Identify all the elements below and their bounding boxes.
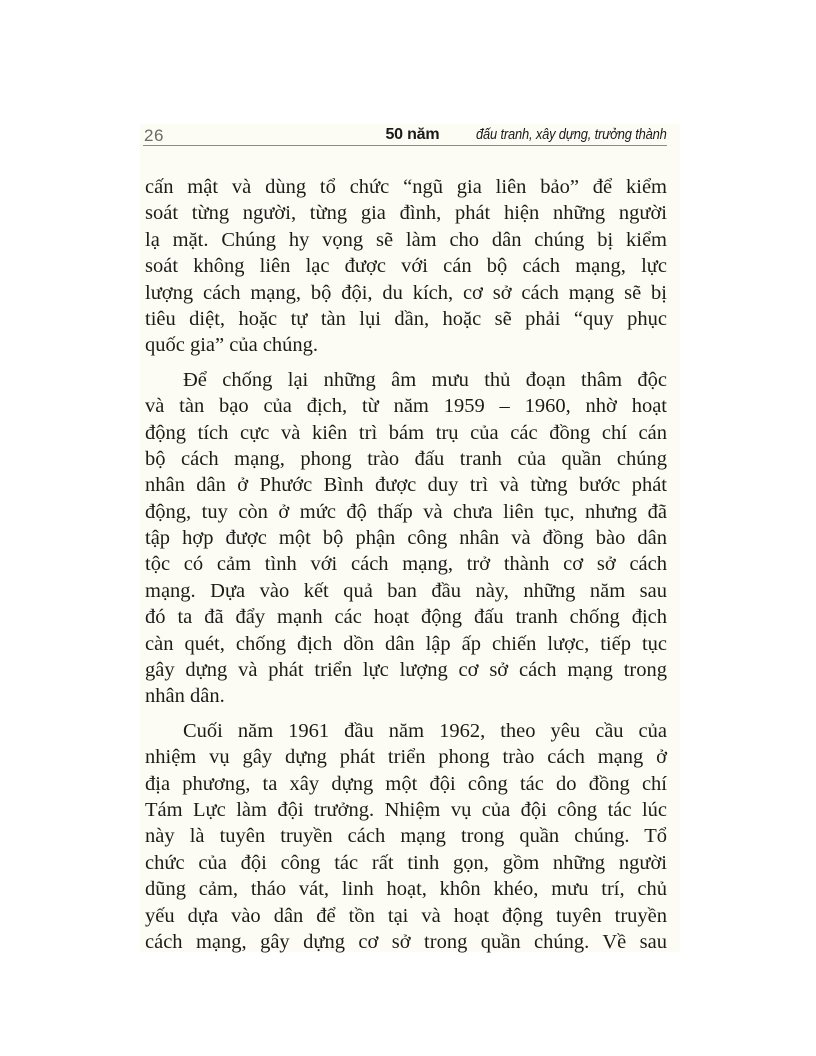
text-line: bộ cách mạng, phong trào đấu tranh của q… [145, 446, 667, 472]
running-title: 50 năm đấu tranh, xây dựng, trưởng thành [385, 126, 667, 144]
text-line: nhân dân. [145, 683, 667, 709]
text-line: dũng cảm, tháo vát, linh hoạt, khôn khéo… [145, 876, 667, 902]
text-line: địa phương, ta xây dựng một đội công tác… [145, 771, 667, 797]
text-line: tập hợp được một bộ phận công nhân và đồ… [145, 525, 667, 551]
text-line: và tàn bạo của địch, từ năm 1959 – 1960,… [145, 393, 667, 419]
text-line: yếu dựa vào dân để tồn tại và hoạt động … [145, 903, 667, 929]
text-line: mạng. Dựa vào kết quả ban đầu này, những… [145, 578, 667, 604]
text-line: Để chống lại những âm mưu thủ đoạn thâm … [145, 367, 667, 393]
body-text: cấn mật và dùng tổ chức “ngũ gia liên bả… [145, 174, 667, 955]
text-line: này là tuyên truyền cách mạng trong quần… [145, 823, 667, 849]
paragraph-3: Cuối năm 1961 đầu năm 1962, theo yêu cầu… [145, 718, 667, 956]
text-line: đó ta đã đẩy mạnh các hoạt động đấu tran… [145, 604, 667, 630]
text-line: lạ mặt. Chúng hy vọng sẽ làm cho dân chú… [145, 227, 667, 253]
running-title-italic: đấu tranh, xây dựng, trưởng thành [476, 126, 667, 143]
paragraph-2: Để chống lại những âm mưu thủ đoạn thâm … [145, 367, 667, 710]
text-line: Cuối năm 1961 đầu năm 1962, theo yêu cầu… [145, 718, 667, 744]
text-line: càn quét, chống địch dồn dân lập ấp chiế… [145, 631, 667, 657]
text-line: Tám Lực làm đội trưởng. Nhiệm vụ của đội… [145, 797, 667, 823]
running-title-bold: 50 năm [385, 126, 439, 143]
text-line: quốc gia” của chúng. [145, 332, 667, 358]
text-line: nhân dân ở Phước Bình được duy trì và từ… [145, 472, 667, 498]
text-line: gây dựng và phát triển lực lượng cơ sở c… [145, 657, 667, 683]
text-line: động tích cực và kiên trì bám trụ của cá… [145, 420, 667, 446]
text-line: soát không liên lạc được với cán bộ cách… [145, 253, 667, 279]
text-line: soát từng người, từng gia đình, phát hiệ… [145, 200, 667, 226]
text-line: chức của đội công tác rất tinh gọn, gồm … [145, 850, 667, 876]
text-line: cấn mật và dùng tổ chức “ngũ gia liên bả… [145, 174, 667, 200]
text-line: động, tuy còn ở mức độ thấp và chưa liên… [145, 499, 667, 525]
paragraph-1: cấn mật và dùng tổ chức “ngũ gia liên bả… [145, 174, 667, 359]
text-line: cách mạng, gây dựng cơ sở trong quần chú… [145, 929, 667, 955]
text-line: tiêu diệt, hoặc tự tàn lụi dần, hoặc sẽ … [145, 306, 667, 332]
running-header: 26 50 năm đấu tranh, xây dựng, trưởng th… [143, 125, 667, 146]
text-line: nhiệm vụ gây dựng phát triển phong trào … [145, 744, 667, 770]
page-number: 26 [144, 126, 164, 146]
text-line: lượng cách mạng, bộ đội, du kích, cơ sở … [145, 280, 667, 306]
text-line: tộc có cảm tình với cách mạng, trở thành… [145, 551, 667, 577]
